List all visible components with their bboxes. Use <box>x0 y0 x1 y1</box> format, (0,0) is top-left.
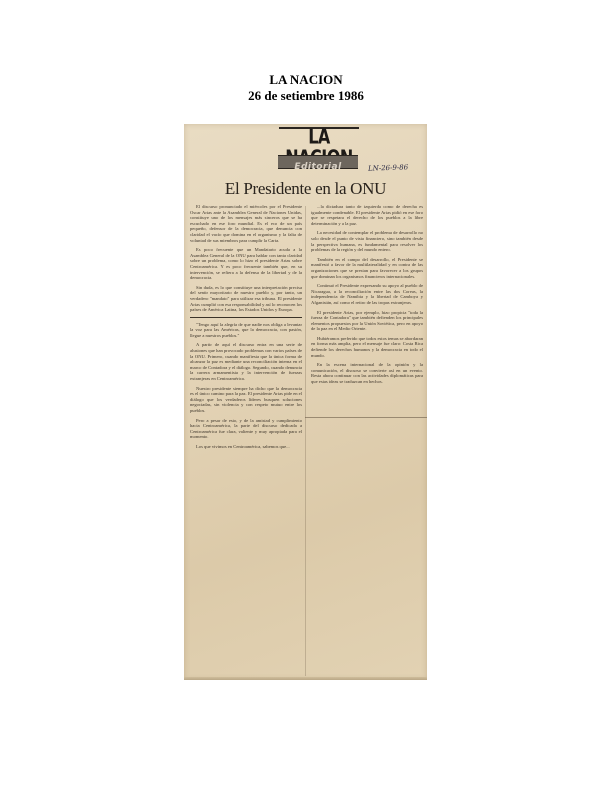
paragraph: Es poco frecuente que un Mandatario acud… <box>190 247 302 281</box>
publication-name: LA NACION <box>0 72 612 88</box>
right-column: ...la dictadura tanto de izquierda como … <box>311 204 423 389</box>
paragraph: A partir de aquí el discurso entra en un… <box>190 342 302 381</box>
paragraph: Sin duda, es lo que constituye una inter… <box>190 285 302 313</box>
paragraph: Nuestro presidente siempre ha dicho que … <box>190 386 302 414</box>
paragraph: En la escena internacional de la opinión… <box>311 362 423 384</box>
paragraph: Los que vivimos en Centroamérica, sabemo… <box>190 444 302 450</box>
section-label: Editorial <box>294 162 341 172</box>
paragraph: Continuó el Presidente expresando su apo… <box>311 283 423 305</box>
pull-quote: "Tengo aquí la alegría de que nadie nos … <box>190 317 302 339</box>
handwritten-date: LN-26-9-86 <box>368 163 408 172</box>
column-divider <box>305 206 306 676</box>
paragraph: Pero a pesar de esto, y de la amistad y … <box>190 418 302 440</box>
article-headline: El Presidente en la ONU <box>184 179 427 199</box>
paragraph: También en el campo del desarrollo, el P… <box>311 257 423 279</box>
paragraph: El presidente Arias, por ejemplo, hizo p… <box>311 310 423 332</box>
paragraph: La necesidad de contemplar el problema d… <box>311 230 423 252</box>
publication-date: 26 de setiembre 1986 <box>0 88 612 104</box>
newspaper-clipping: LA NACION San José, Costa Rica, fundado … <box>184 124 427 680</box>
paragraph: El discurso pronunciado el miércoles por… <box>190 204 302 243</box>
clipping-edge <box>184 677 427 680</box>
document-header: LA NACION 26 de setiembre 1986 <box>0 72 612 104</box>
paragraph: Hubiéramos preferido que todos estos tem… <box>311 336 423 358</box>
paste-seam <box>305 417 427 418</box>
left-column: El discurso pronunciado el miércoles por… <box>190 204 302 454</box>
paragraph: ...la dictadura tanto de izquierda como … <box>311 204 423 226</box>
section-banner: Editorial <box>278 155 358 169</box>
